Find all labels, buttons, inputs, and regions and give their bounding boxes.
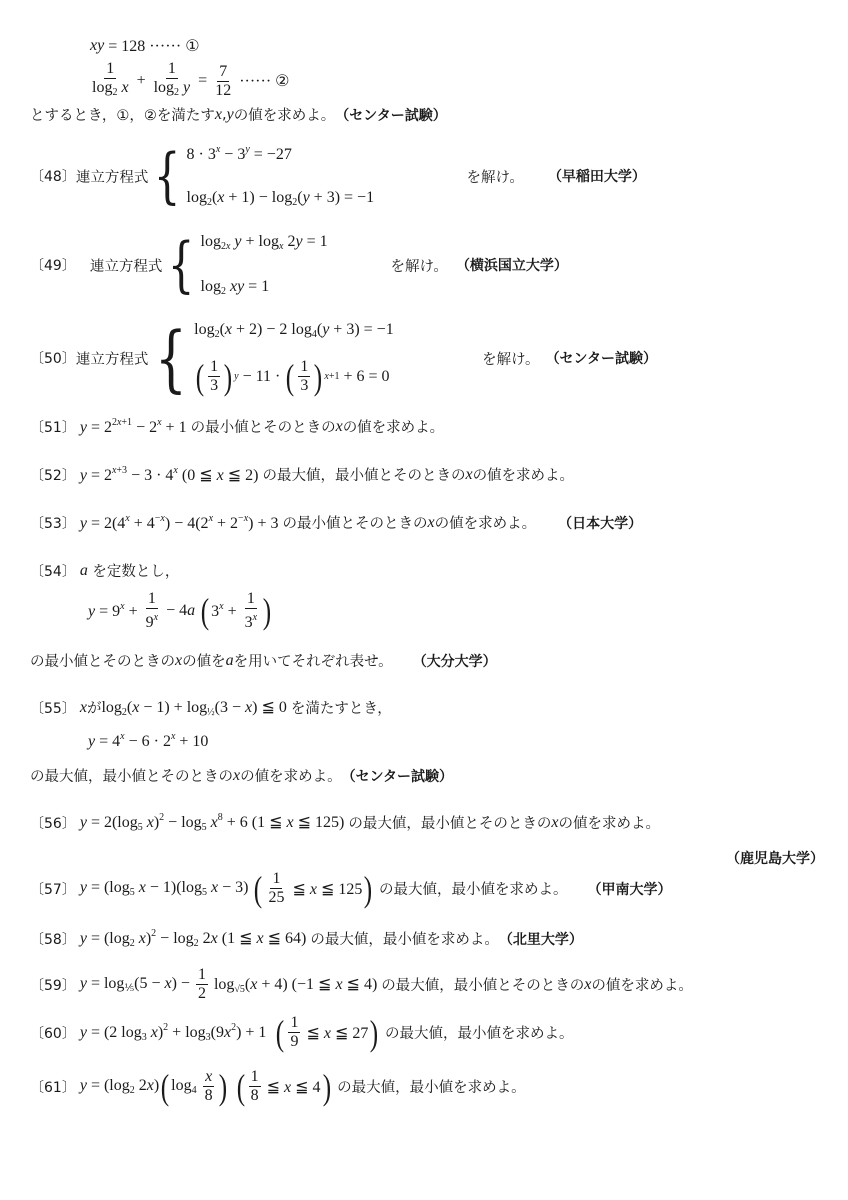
intro-eq1: xy = 128 ······ ①	[90, 36, 200, 56]
problem-56: 〔56〕 y = 2(log5 x)2 − log5 x8 + 6 (1 ≦ x…	[30, 812, 660, 833]
intro-eq2: 1log2 x + 1log2 y = 712 ······ ②	[88, 60, 290, 102]
source-label: （早稲田大学）	[548, 166, 646, 186]
equation-system: log2x y + logx 2y = 1 log2 xy = 1	[201, 233, 381, 297]
equation-system: 8 · 3x − 3y = −27 log2(x + 1) − log2(y +…	[187, 144, 437, 208]
problem-52: 〔52〕 y = 2x+3 − 3 · 4x (0 ≦ x ≦ 2) の最大値，…	[30, 464, 574, 485]
source-label: （センター試験）	[342, 766, 453, 786]
problem-number: 〔49〕	[30, 255, 76, 275]
problem-51: 〔51〕 y = 22x+1 − 2x + 1 の最小値とそのときの x の値を…	[30, 416, 444, 437]
problem-lead: 連立方程式	[76, 348, 149, 369]
left-brace: {	[154, 146, 181, 206]
source-label: （大分大学）	[413, 651, 497, 671]
left-brace: {	[155, 328, 187, 388]
problem-54-expr: y = 9x + 19x − 4a (3x + 13x )	[88, 590, 273, 632]
source-label: （横浜国立大学）	[456, 255, 568, 275]
source-label: （センター試験）	[546, 348, 657, 368]
source-label: （鹿児島大学）	[726, 848, 824, 868]
fraction: 1log2 y	[152, 60, 193, 102]
source-label: （日本大学）	[558, 513, 642, 533]
problem-58: 〔58〕 y = (log2 x)2 − log2 2x (1 ≦ x ≦ 64…	[30, 928, 583, 949]
intro-text: とするとき，①，②を満たす x, y の値を求めよ。 （センター試験）	[30, 104, 447, 125]
problem-49: 〔49〕 連立方程式 { log2x y + logx 2y = 1 log2 …	[30, 232, 568, 298]
problem-48: 〔48〕 連立方程式 { 8 · 3x − 3y = −27 log2(x + …	[30, 143, 646, 209]
equation-system: log2(x + 2) − 2 log4(y + 3) = −1 (13)y −…	[194, 321, 454, 395]
problem-55-lead: 〔55〕 x が log2(x − 1) + log½(3 − x) ≦ 0 を…	[30, 697, 392, 718]
problem-54-lead: 〔54〕 a を定数とし，	[30, 560, 179, 581]
source-label: （甲南大学）	[587, 879, 671, 899]
problem-number: 〔50〕	[30, 348, 76, 368]
left-brace: {	[168, 235, 195, 295]
problem-50: 〔50〕 連立方程式 { log2(x + 2) − 2 log4(y + 3)…	[30, 320, 657, 396]
problem-53: 〔53〕 y = 2(4x + 4−x) − 4(2x + 2−x) + 3 の…	[30, 512, 642, 533]
source-label: （北里大学）	[499, 929, 583, 949]
problem-55-text: の最大値，最小値とそのときの x の値を求めよ。 （センター試験）	[30, 765, 453, 786]
problem-56-source: （鹿児島大学）	[726, 848, 824, 868]
source-label: （センター試験）	[335, 105, 446, 125]
problem-59: 〔59〕 y = log⅕(5 − x) − 12 log√5(x + 4) (…	[30, 966, 693, 1003]
problem-number: 〔48〕	[30, 166, 76, 186]
problem-lead: 連立方程式	[76, 166, 149, 187]
problem-lead: 連立方程式	[90, 255, 163, 276]
problem-55-expr: y = 4x − 6 · 2x + 10	[88, 731, 208, 751]
problem-57: 〔57〕 y = (log5 x − 1)(log5 x − 3) (125 ≦…	[30, 870, 671, 907]
fraction: 712	[213, 63, 233, 100]
problem-61: 〔61〕 y = (log2 2x) (log4 x8) (18 ≦ x ≦ 4…	[30, 1068, 526, 1105]
fraction: 1log2 x	[90, 60, 131, 102]
problem-54-text: の最小値とそのときの x の値を a を用いてそれぞれ表せ。 （大分大学）	[30, 650, 497, 671]
problem-60: 〔60〕 y = (2 log3 x)2 + log3(9x2) + 1 (19…	[30, 1014, 573, 1051]
